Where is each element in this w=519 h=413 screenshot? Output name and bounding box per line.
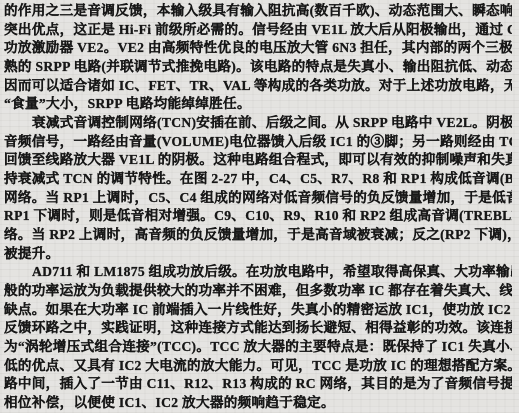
scanned-page: 的作用之三是音调反馈，本输入级具有输入阻抗高(数百千欧)、动态范围大、瞬态响应好…	[0, 0, 519, 413]
text-line: 般的功率运放为负载提供较大的功率并不困难，但多数功率 IC 都存在着失真大、线性…	[4, 282, 512, 301]
text-line: RP1 下调时，则是低音相对增强。C9、C10、R9、R10 和 RP2 组成高…	[4, 207, 512, 226]
body-text: 的作用之三是音调反馈，本输入级具有输入阻抗高(数百千欧)、动态范围大、瞬态响应好…	[4, 2, 512, 413]
text-line: 音频信号，一路经由音量(VOLUME)电位器馈入后级 IC1 的③脚；另一路则经…	[4, 133, 512, 152]
text-line: 缺点。如果在大功率 IC 前端插入一片线性好，失真小的精密运放 IC1，使功放 …	[4, 301, 512, 320]
text-line: 被提升。	[4, 245, 512, 264]
text-line: 持衰减式 TCN 的调节特性。在图 2-27 中，C4、C5、R7、R8 和 R…	[4, 170, 512, 189]
text-line: 反馈环路之中，实践证明，这种连接方式能达到扬长避短、相得益彰的功效。该连接方式称	[4, 319, 512, 338]
text-line: AD711 和 LM1875 组成功放后级。在功放电路中，希望取得高保真、大功率…	[4, 263, 512, 282]
text-line: 熟的 SRPP 电路(并联调节式推挽电路)。该电路的特点是失真小、输出阻抗低、动…	[4, 58, 512, 77]
text-line: 功放激励器 VE2。VE2 由高频特性优良的电压放大管 6N3 担任，其内部的两…	[4, 39, 512, 58]
text-line: 回馈至线路放大器 VE1L 的阴极。这种电路组合程式，即可以有效的抑制噪声和失真…	[4, 151, 512, 170]
text-line: 突出优点，这正是 Hi-Fi 前级所必需的。信号经由 VE1L 放大后从阳极输出…	[4, 21, 512, 40]
text-line: 网络。当 RP1 上调时，C5、C4 组成的网络对低音频信号的负反馈量增加，于是…	[4, 189, 512, 208]
text-line: 相位补偿，以便使 IC1、IC2 放大器的频响趋于稳定。	[4, 394, 512, 413]
text-line: 络。当 RP2 上调时，高音频的负反馈量增加，于是高音域被衰减；反之(RP2 下…	[4, 226, 512, 245]
text-line: 路中间，插入了一节由 C11、R12、R13 构成的 RC 网络，其目的是为了音…	[4, 375, 512, 394]
text-line: 为“涡轮增压式组合连接”(TCC)。TCC 放大器的主要特点是：既保持了 IC1…	[4, 338, 512, 357]
text-line: 衰减式音调控制网络(TCN)安插在前、后级之间。从 SRPP 电路中 VE2L。…	[4, 114, 512, 133]
text-line: 因而可以适合诸如 IC、FET、TR、VAL 等构成的各类功放。对于上述功放电路…	[4, 77, 512, 96]
text-line: 的作用之三是音调反馈，本输入级具有输入阻抗高(数百千欧)、动态范围大、瞬态响应好…	[4, 2, 512, 21]
text-line: “食量”大小，SRPP 电路均能绰绰胜任。	[4, 95, 512, 114]
text-line: 低的优点、又具有 IC2 大电流的放大能力。可见，TCC 是功放 IC 的理想搭…	[4, 357, 512, 376]
